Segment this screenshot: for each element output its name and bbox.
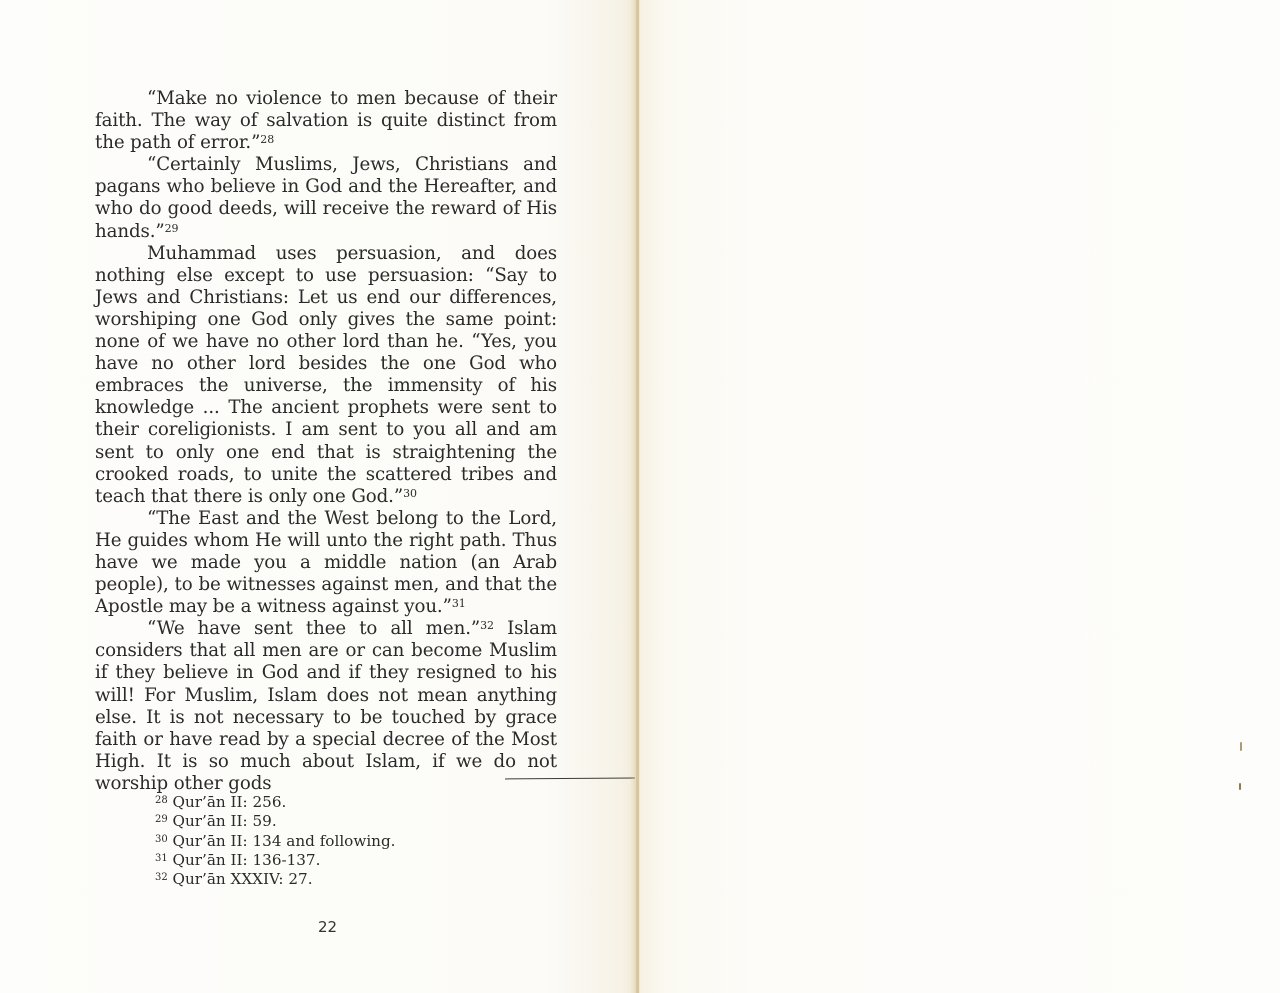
footnote: 30 Qur’ān II: 134 and following. [155,832,475,851]
footnote-reference[interactable]: 31 [452,597,466,610]
right-page: than God the Father and if one is resign… [640,0,1280,993]
paper-speck [1240,742,1242,751]
left-page-body: “Make no violence to men because of thei… [95,88,557,795]
book-spread: “Make no violence to men because of thei… [0,0,1280,993]
footnote: 29 Qur’ān II: 59. [155,812,475,831]
footnote-reference[interactable]: 29 [165,222,179,235]
left-page-footnotes: 28 Qur’ān II: 256. 29 Qur’ān II: 59. 30 … [155,793,475,889]
book-spine [636,0,639,993]
paragraph: “The East and the West belong to the Lor… [95,508,557,618]
left-page: “Make no violence to men because of thei… [0,0,640,993]
paragraph: “We have sent thee to all men.”32 Islam … [95,618,557,795]
footnote-number: 30 [155,834,168,845]
footnote-divider [505,778,635,780]
paragraph: “Make no violence to men because of thei… [95,88,557,154]
footnote: 28 Qur’ān II: 256. [155,793,475,812]
footnote-reference[interactable]: 30 [403,487,417,500]
footnote-reference[interactable]: 28 [260,133,274,146]
footnote-number: 31 [155,853,168,864]
footnote-reference[interactable]: 32 [480,619,494,632]
paragraph: Muhammad uses persuasion, and does nothi… [95,243,557,508]
footnote-number: 29 [155,814,168,825]
paragraph: “Certainly Muslims, Jews, Christians and… [95,154,557,242]
footnote-number: 28 [155,795,168,806]
paper-speck [1239,783,1241,790]
page-number: 22 [318,918,337,936]
footnote-number: 32 [155,872,168,883]
footnote: 31 Qur’ān II: 136-137. [155,851,475,870]
footnote: 32 Qur’ān XXXIV: 27. [155,870,475,889]
